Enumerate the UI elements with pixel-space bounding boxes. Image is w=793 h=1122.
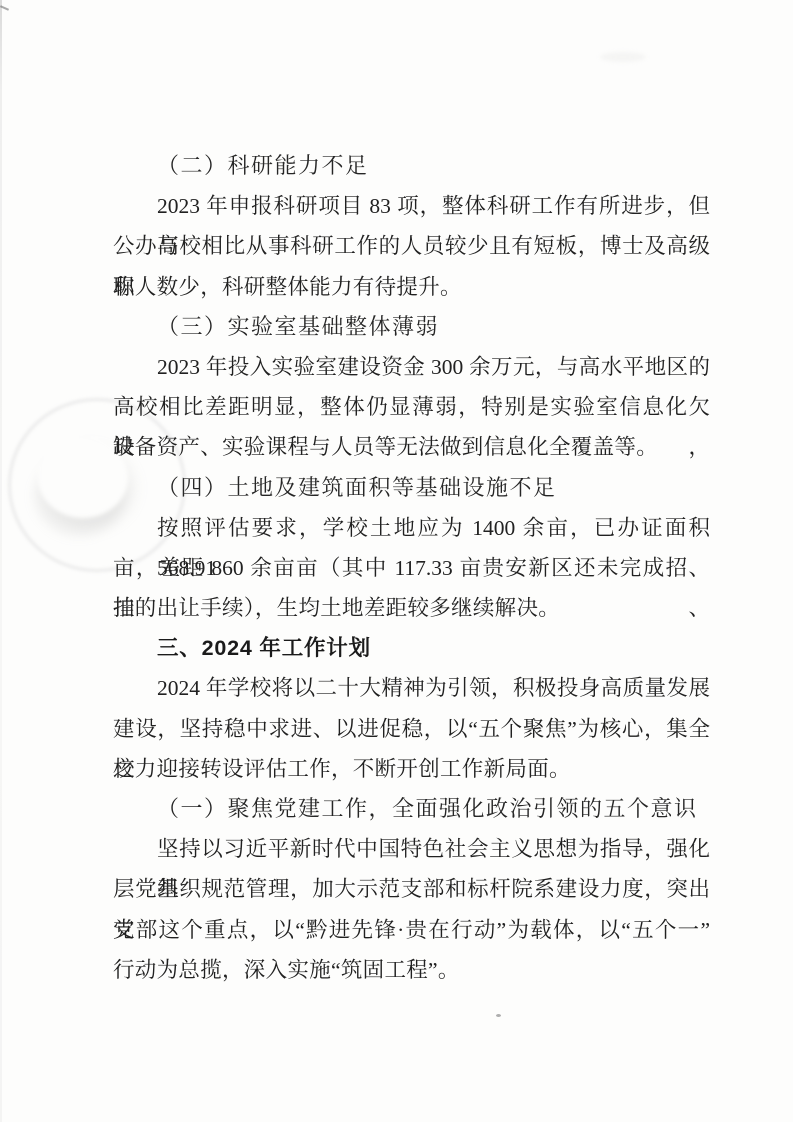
text-line: 2023 年投入实验室建设资金 300 余万元，与高水平地区的: [113, 347, 710, 387]
section-heading-4: （四）土地及建筑面积等基础设施不足: [113, 468, 710, 508]
scan-edge-shadow: [0, 0, 2, 1122]
text-line: 称人数少，科研整体能力有待提升。: [113, 267, 710, 307]
ink-speck: [496, 1014, 501, 1017]
text-line: 设备资产、实验课程与人员等无法做到信息化全覆盖等。: [113, 427, 710, 467]
text-line: 支部这个重点，以“黔进先锋·贵在行动”为载体，以“五个一”: [113, 910, 710, 950]
text-line: 建设，坚持稳中求进、以进促稳，以“五个聚焦”为核心，集全校: [113, 709, 710, 749]
section-heading-3: （三）实验室基础整体薄弱: [113, 307, 710, 347]
section-heading-1: （一）聚焦党建工作，全面强化政治引领的五个意识: [113, 789, 710, 829]
chapter-heading-2024-plan: 三、2024 年工作计划: [113, 628, 710, 668]
text-line: 行动为总揽，深入实施“筑固工程”。: [113, 950, 710, 990]
text-line: 按照评估要求，学校土地应为 1400 余亩，已办证面积 568.91: [113, 508, 710, 548]
text-line: 高校相比差距明显，整体仍显薄弱，特别是实验室信息化欠缺，: [113, 387, 710, 427]
text-line: 2024 年学校将以二十大精神为引领，积极投身高质量发展: [113, 668, 710, 708]
text-line: 坚持以习近平新时代中国特色社会主义思想为指导，强化基: [113, 829, 710, 869]
document-page: （二）科研能力不足 2023 年申报科研项目 83 项，整体科研工作有所进步，但…: [0, 0, 793, 1122]
section-heading-2: （二）科研能力不足: [113, 146, 710, 186]
text-line: 层党组织规范管理，加大示范支部和标杆院系建设力度，突出党: [113, 869, 710, 909]
text-line: 2023 年申报科研项目 83 项，整体科研工作有所进步，但与: [113, 186, 710, 226]
text-line: 之力迎接转设评估工作，不断开创工作新局面。: [113, 749, 710, 789]
text-line: 亩，差距 860 余亩亩（其中 117.33 亩贵安新区还未完成招、拍、: [113, 548, 710, 588]
scan-smudge: [600, 52, 646, 62]
text-block: （二）科研能力不足 2023 年申报科研项目 83 项，整体科研工作有所进步，但…: [113, 146, 710, 990]
text-line: 公办高校相比从事科研工作的人员较少且有短板，博士及高级职: [113, 226, 710, 266]
